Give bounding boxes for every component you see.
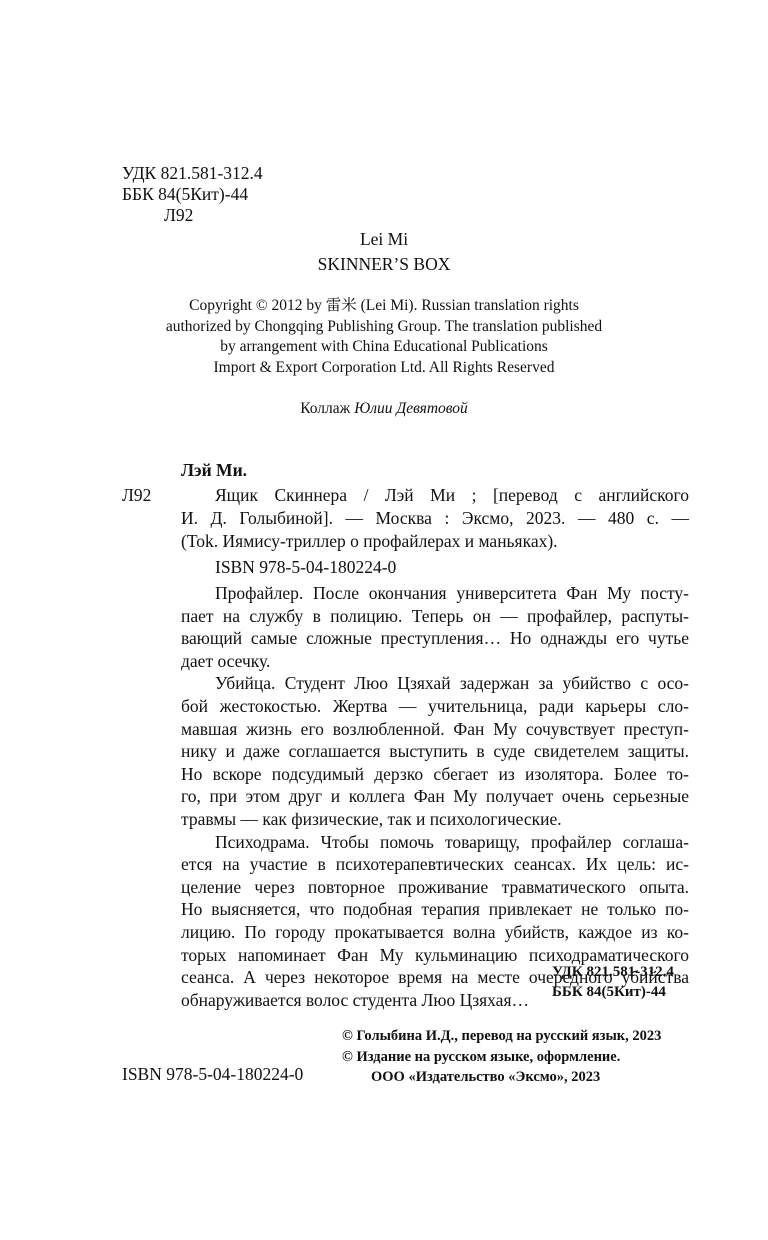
annotation-line: пает на службу в полицию. Теперь он — пр…: [181, 606, 689, 629]
publisher-copyright: © Голыбина И.Д., перевод на русский язык…: [342, 1026, 661, 1088]
annotation-line: дает осечку.: [181, 651, 689, 674]
annotation-line: Но вскоре подсудимый дерзко сбегает из и…: [181, 764, 689, 787]
copyright-line: Copyright © 2012 by 雷米 (Lei Mi). Russian…: [0, 296, 768, 317]
annotation: Профайлер. После окончания университета …: [181, 583, 689, 1012]
annotation-line: Профайлер. После окончания университета …: [181, 583, 689, 606]
original-author: Lei Mi: [0, 229, 768, 250]
copyright-line: © Издание на русском языке, оформление.: [342, 1047, 661, 1068]
collage-artist: Юлии Девятовой: [354, 400, 468, 417]
collage-credit: Коллаж Юлии Девятовой: [0, 399, 768, 419]
annotation-line: травмы — как физические, так и психологи…: [181, 809, 689, 832]
bib-author: Лэй Ми.: [181, 460, 247, 481]
lbc-code: ББК 84(5Кит)-44: [122, 184, 263, 205]
udc-code: УДК 821.581-312.4: [552, 962, 674, 982]
bib-line: И. Д. Голыбиной]. — Москва : Эксмо, 2023…: [181, 508, 689, 531]
collage-prefix: Коллаж: [300, 400, 354, 417]
classification-codes: УДК 821.581-312.4 ББК 84(5Кит)-44 Л92: [122, 163, 263, 226]
copyright-notice: Copyright © 2012 by 雷米 (Lei Mi). Russian…: [0, 296, 768, 378]
udc-code: УДК 821.581-312.4: [122, 163, 263, 184]
bibliographic-record: Ящик Скиннера / Лэй Ми ; [перевод с англ…: [181, 485, 689, 554]
annotation-line: Но выясняется, что подобная терапия прив…: [181, 899, 689, 922]
lbc-code: ББК 84(5Кит)-44: [552, 982, 674, 1002]
original-title: SKINNER’S BOX: [0, 254, 768, 275]
copyright-line: by arrangement with China Educational Pu…: [0, 337, 768, 358]
copyright-line: Import & Export Corporation Ltd. All Rig…: [0, 358, 768, 379]
bib-line: (Tok. Иямису-триллер о профайлерах и ман…: [181, 531, 689, 554]
bib-author-mark: Л92: [122, 485, 151, 506]
author-mark: Л92: [122, 205, 263, 226]
copyright-line: ООО «Издательство «Эксмо», 2023: [342, 1067, 661, 1088]
annotation-line: го, при этом друг и коллега Фан Му получ…: [181, 786, 689, 809]
annotation-line: вающий самые сложные преступления… Но од…: [181, 628, 689, 651]
copyright-line: authorized by Chongqing Publishing Group…: [0, 317, 768, 338]
annotation-line: ется на участие в психотерапевтических с…: [181, 854, 689, 877]
annotation-line: бой жестокостью. Жертва — учительница, р…: [181, 696, 689, 719]
annotation-line: лицию. По городу прокатывается волна уби…: [181, 922, 689, 945]
isbn-bottom: ISBN 978-5-04-180224-0: [122, 1064, 303, 1085]
annotation-line: Убийца. Студент Люо Цзяхай задержан за у…: [181, 673, 689, 696]
bib-line: Ящик Скиннера / Лэй Ми ; [перевод с англ…: [181, 485, 689, 508]
copyright-line: © Голыбина И.Д., перевод на русский язык…: [342, 1026, 661, 1047]
annotation-line: Психодрама. Чтобы помочь товарищу, профа…: [181, 832, 689, 855]
annotation-line: целение через повторное проживание травм…: [181, 877, 689, 900]
bib-isbn: ISBN 978-5-04-180224-0: [215, 557, 396, 578]
classification-codes-bottom: УДК 821.581-312.4 ББК 84(5Кит)-44: [552, 962, 674, 1002]
annotation-line: нику и даже соглашается выступить в суде…: [181, 741, 689, 764]
annotation-line: мавшая жизнь его возлюбленной. Фан Му со…: [181, 719, 689, 742]
